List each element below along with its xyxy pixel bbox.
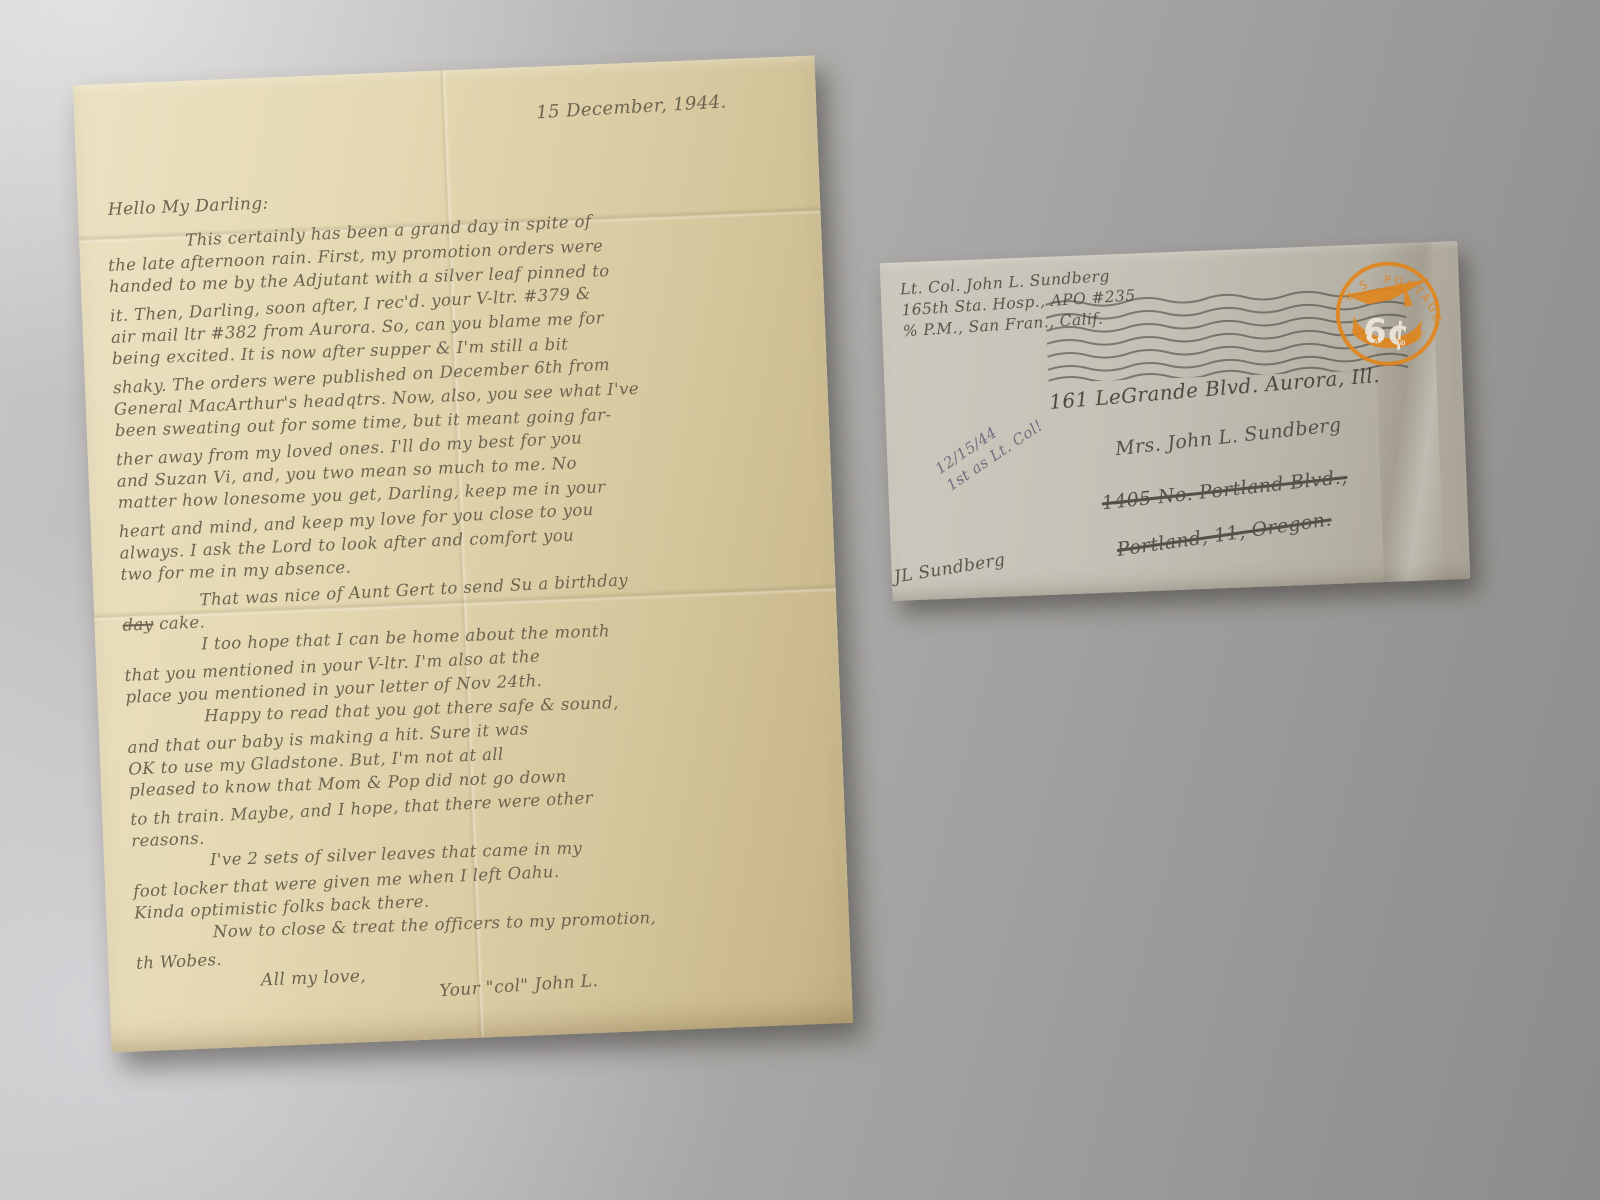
pencil-date-note: 12/15/441st as Lt. Col! [931,399,1046,495]
handwriting-segment: cake. [153,612,205,633]
struck-word: day [122,614,154,634]
airmail-stamp-icon: U.S. POSTAGE 6¢ VIA AIR MAIL [1320,248,1456,378]
handwriting-segment: two for me in my absence. [120,558,351,584]
letter-body: This certainly has been a grand day in s… [107,202,828,973]
addressee-name: Mrs. John L. Sundberg [1114,414,1342,460]
envelope: Lt. Col. John L. Sundberg165th Sta. Hosp… [880,241,1471,601]
handwriting-segment: th Wobes. [136,950,223,973]
forwarding-address: 161 LeGrande Blvd. Aurora, Ill. [1048,363,1380,414]
struck-old-address: 1405 No. Portland Blvd.,Portland, 11, Or… [1100,455,1355,569]
letter-salutation: Hello My Darling: [108,194,270,220]
letter-sheet: 15 December, 1944. Hello My Darling: Thi… [73,56,853,1053]
letter-signature: Your "col" John L. [439,971,599,1001]
photo-background: 15 December, 1944. Hello My Darling: Thi… [0,0,1600,1200]
envelope-signature: JL Sundberg [893,550,1007,588]
return-address: Lt. Col. John L. Sundberg165th Sta. Hosp… [900,264,1138,342]
letter-closing: All my love, [261,966,367,990]
letter-date: 15 December, 1944. [536,91,727,123]
handwriting-segment: reasons. [131,829,205,851]
